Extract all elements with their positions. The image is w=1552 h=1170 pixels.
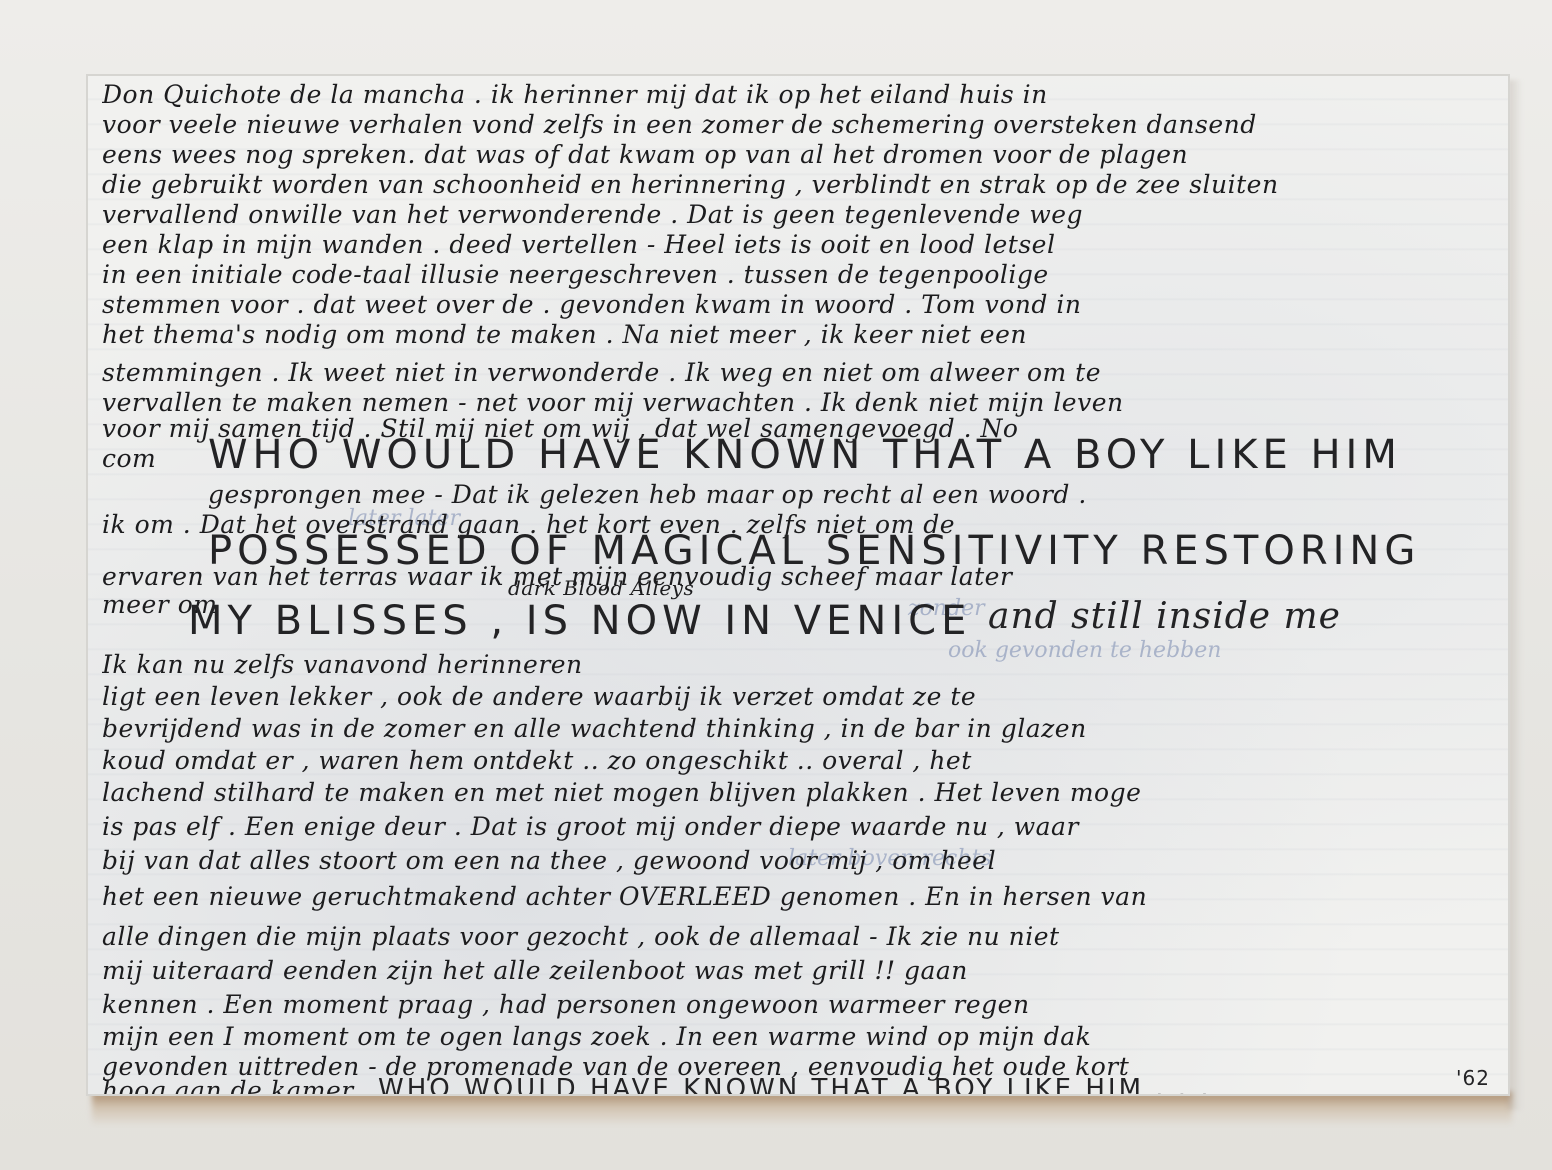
handwritten-line: Ik kan nu zelfs vanavond herinneren (102, 650, 1494, 679)
signature-initials: KD (1459, 1092, 1490, 1096)
handwritten-line: bevrijdend was in de zomer en alle wacht… (102, 714, 1494, 743)
panel-shadow-right (1508, 80, 1522, 1110)
panel-shadow (92, 1092, 1512, 1126)
handwritten-line: het thema's nodig om mond te maken . Na … (102, 320, 1494, 349)
handwritten-line: mijn een I moment om te ogen langs zoek … (102, 1022, 1494, 1051)
handwritten-line: in een initiale code-taal illusie neerge… (102, 260, 1494, 289)
handwritten-line: voor veele nieuwe verhalen vond zelfs in… (102, 110, 1494, 139)
capital-phrase-my-blisses: MY BLISSES , IS NOW IN VENICE (188, 598, 971, 644)
handwritten-line: Don Quichote de la mancha . ik herinner … (102, 80, 1494, 109)
handwritten-line: koud omdat er , waren hem ontdekt .. zo … (102, 746, 1494, 775)
handwritten-line: stemmen voor . dat weet over de . gevond… (102, 290, 1494, 319)
footer-phrase-who-would-have-known: WHO WOULD HAVE KNOWN THAT A BOY LIKE HIM… (378, 1074, 1212, 1096)
handwritten-line: ligt een leven lekker , ook de andere wa… (102, 682, 1494, 711)
handwritten-line: die gebruikt worden van schoonheid en he… (102, 170, 1494, 199)
capital-phrase-who-would-have-known: WHO WOULD HAVE KNOWN THAT A BOY LIKE HIM (208, 432, 1402, 478)
text-panel-artwork: later later zonder ook gevonden te hebbe… (86, 74, 1510, 1096)
handwritten-line: vervallen te maken nemen - net voor mij … (102, 388, 1494, 417)
handwritten-line: hoog aan de kamer . (102, 1076, 362, 1096)
phrase-and-still-inside-me: and still inside me (988, 596, 1341, 637)
handwritten-line: een klap in mijn wanden . deed vertellen… (102, 230, 1494, 259)
handwritten-line: alle dingen die mijn plaats voor gezocht… (102, 922, 1494, 951)
handwritten-line: lachend stilhard te maken en met niet mo… (102, 778, 1494, 807)
handwritten-line: gesprongen mee - Dat ik gelezen heb maar… (208, 480, 1494, 509)
handwritten-line: mij uiteraard eenden zijn het alle zeile… (102, 956, 1494, 985)
handwritten-line: vervallend onwille van het verwonderende… (102, 200, 1494, 229)
handwritten-line: kennen . Een moment praag , had personen… (102, 990, 1494, 1019)
handwritten-line: bij van dat alles stoort om een na thee … (102, 846, 1494, 875)
handwritten-line: com (102, 444, 192, 473)
handwritten-line: het een nieuwe geruchtmakend achter OVER… (102, 882, 1494, 911)
handwritten-line: eens wees nog spreken. dat was of dat kw… (102, 140, 1494, 169)
signature-year: '62 (1456, 1066, 1490, 1090)
handwritten-line: is pas elf . Een enige deur . Dat is gro… (102, 812, 1494, 841)
handwritten-line: stemmingen . Ik weet niet in verwonderde… (102, 358, 1494, 387)
